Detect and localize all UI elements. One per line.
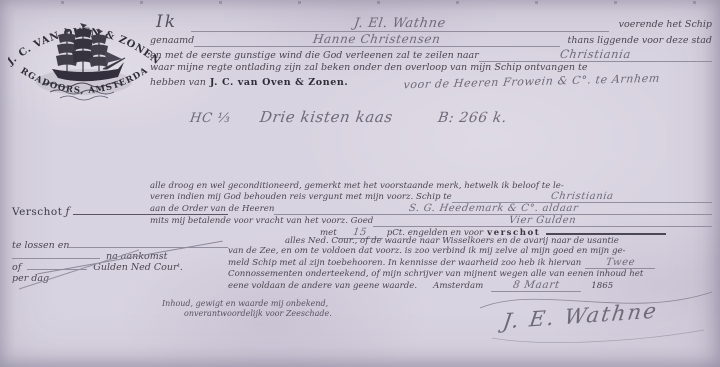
gulden-label: Gulden Ned Courᵗ. [93, 262, 183, 273]
cond-line9: Connossementen onderteekend, of mijn sch… [228, 269, 643, 279]
destination: Christiania [559, 47, 632, 61]
dateline-city: Amsterdam [417, 281, 483, 291]
florin-sign: ƒ [62, 205, 72, 218]
ship-name-blank: Hanne Christensen [194, 32, 559, 47]
captain-name: J. El. Wathne [353, 16, 447, 31]
cond-line4-blank: Vier Gulden [373, 215, 712, 227]
cond-line1: alle droog en wel geconditioneerd, gemer… [150, 181, 564, 191]
aankomst-blank [12, 258, 100, 259]
order-party: S. G. Heedemark & C°. aldaar [408, 203, 579, 214]
verschot-label: Verschot [12, 206, 62, 218]
lossen-blank [69, 247, 228, 248]
margin-block: Verschot ƒ te lossen en na aankomst of G… [12, 205, 228, 284]
zeilen-naar-text: en met de eerste gunstige wind die God v… [150, 50, 479, 61]
consignor: voor de Heeren Frowein & C°. te Arnhem [403, 72, 661, 92]
freight-amount: Vier Gulden [508, 215, 577, 226]
genaamd-label: genaamd [150, 35, 194, 46]
liability-note-line1: Inhoud, gewigt en waarde mij onbekend, [162, 299, 332, 309]
cond-line3-blank: S. G. Heedemark & C°. aldaar [274, 203, 712, 215]
cond-line10: eene voldaan de andere van geene waarde. [228, 281, 417, 291]
copies-count: Twee [605, 257, 636, 268]
opening-declaration: Ik J. El. Wathne voerende het Schip gena… [150, 12, 712, 88]
hebben-van-text: hebben van [150, 77, 206, 88]
consignor-area: voor de Heeren Frowein & C°. te Arnhem [352, 75, 712, 88]
of-label: of [12, 262, 21, 273]
destination-blank: Christiania [479, 47, 712, 62]
cargo-weight: B: 266 k. [437, 110, 508, 126]
ik-word: Ik [150, 12, 191, 32]
bill-of-lading-document: J. C. VAN OVEN & ZONEN CARGADOORS, AMSTE… [0, 0, 720, 367]
cond-line2: veren indien mij God behouden reis vergu… [150, 192, 452, 202]
conditions-lower: alles Ned. Cour., of de waarde naar Wiss… [228, 236, 711, 292]
cond-line7: van de Zee, en om te voldoen dat voorz. … [228, 246, 625, 256]
ontlading-text: waar mijne regte ontlading zijn zal beke… [150, 62, 588, 73]
liability-note-line2: onverantwoordelijk voor Zeeschade. [162, 309, 332, 319]
delivery-place: Christiania [550, 191, 614, 202]
company-logo: J. C. VAN OVEN & ZONEN CARGADOORS, AMSTE… [8, 6, 160, 110]
verschot-amount-blank [73, 214, 228, 215]
voerende-text: voerende het Schip [609, 19, 712, 30]
cargo-mark: HC ⅓ [189, 111, 232, 126]
captain-name-blank: J. El. Wathne [191, 16, 609, 32]
liability-note: Inhoud, gewigt en waarde mij onbekend, o… [162, 299, 332, 319]
copies-blank: Twee [585, 257, 655, 269]
liggende-text: thans liggende voor deze stad [560, 35, 712, 46]
signature-block: J. E. Wathne [478, 290, 714, 354]
ship-name: Hanne Christensen [312, 32, 441, 46]
lossen-label: te lossen en [12, 240, 69, 251]
per-dag-label: per dag [12, 273, 49, 284]
conditions-upper: alle droog en wel geconditioneerd, gemer… [150, 181, 712, 239]
cond-line6: alles Ned. Cour., of de waarde naar Wiss… [285, 236, 619, 246]
cargo-description: Drie kisten kaas [259, 108, 394, 126]
cargo-line: HC ⅓ Drie kisten kaas B: 266 k. [190, 108, 590, 126]
cond-line8: meld Schip met al zijn toebehooren. In k… [228, 258, 581, 268]
company-name-inline: J. C. van Oven & Zonen. [206, 77, 352, 88]
scan-edge-marks [14, 1, 710, 4]
cond-line2-blank: Christiania [452, 191, 712, 203]
